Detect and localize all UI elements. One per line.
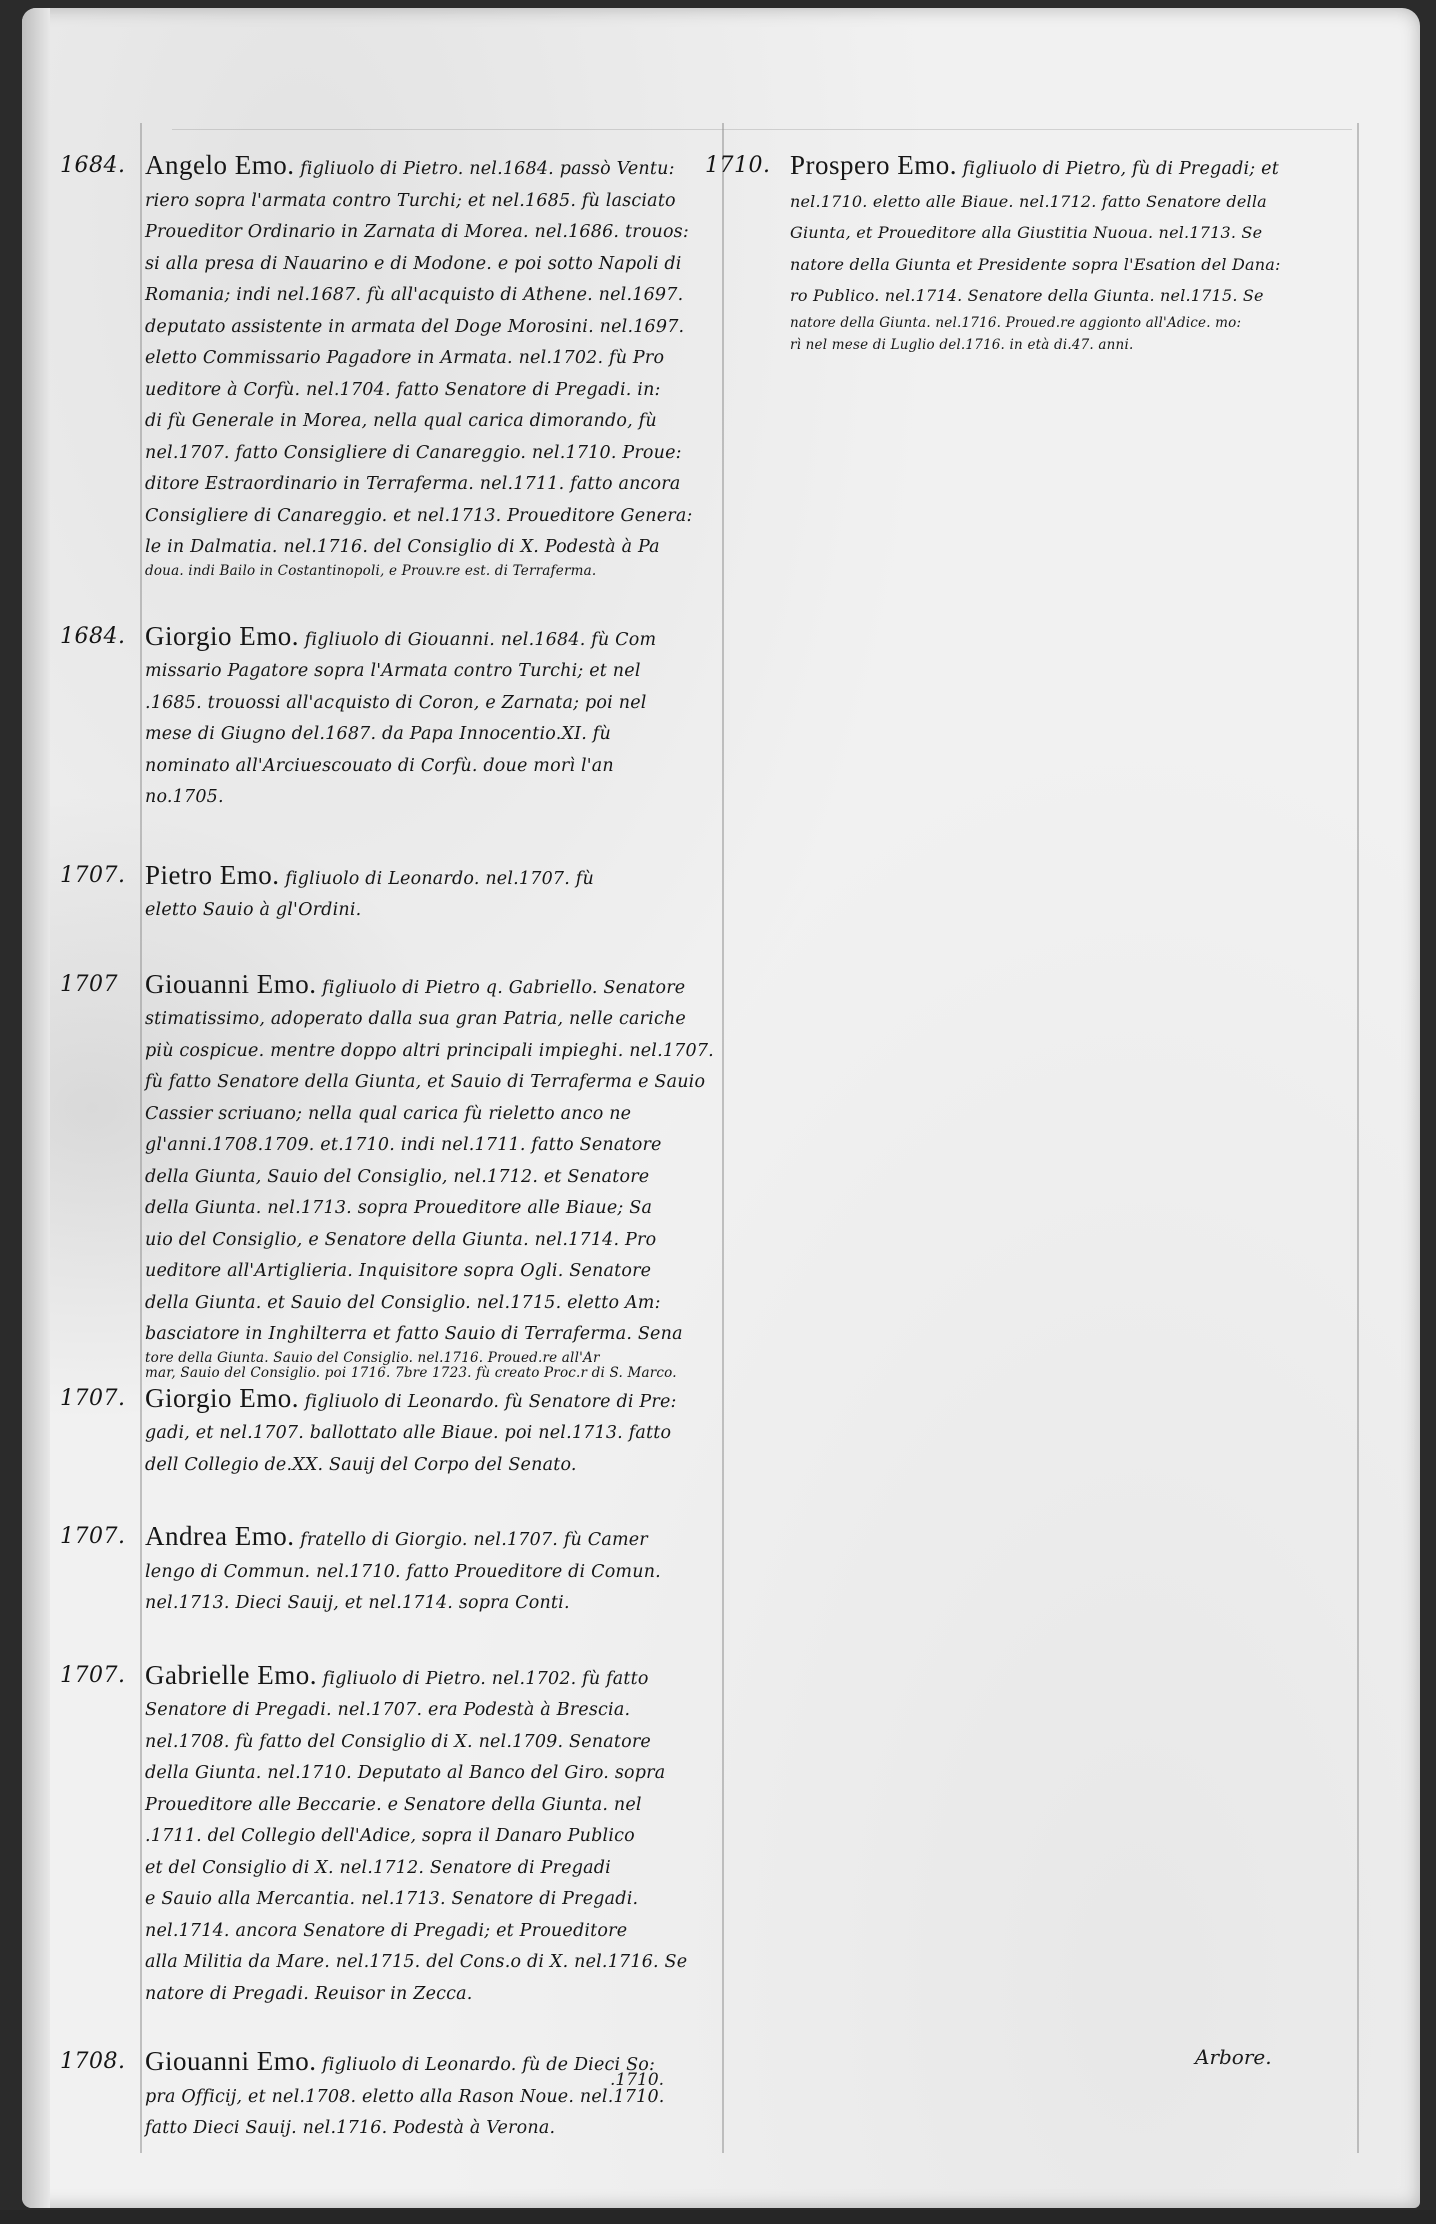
entry-line: fatto Dieci Sauij. nel.1716. Podestà à V…: [145, 2113, 710, 2145]
entry-line: nel.1710. eletto alle Biaue. nel.1712. f…: [790, 186, 1330, 218]
entry-line: Consigliere di Canareggio. et nel.1713. …: [145, 501, 710, 533]
entry-line-annotation: natore della Giunta. nel.1716. Proued.re…: [790, 312, 1330, 334]
entry-text: figliuolo di Leonardo. fù de Dieci So:: [322, 2055, 655, 2075]
entry-line-annotation: tore della Giunta. Sauio del Consiglio. …: [145, 1351, 710, 1366]
entry-giorgio-emo-1684: 1684. Giorgio Emo. figliuolo di Giouanni…: [60, 621, 710, 814]
footer-year-marker: .1710.: [610, 2070, 664, 2090]
column-divider-rule: [722, 123, 724, 2153]
entry-gabrielle-emo-1707: 1707. Gabrielle Emo. figliuolo di Pietro…: [60, 1660, 710, 2011]
entry-year: 1707.: [60, 1521, 142, 1552]
entry-line: basciatore in Inghilterra et fatto Sauio…: [145, 1319, 710, 1351]
entry-line: ueditore all'Artiglieria. Inquisitore so…: [145, 1256, 710, 1288]
entry-line: e Sauio alla Mercantia. nel.1713. Senato…: [145, 1884, 710, 1916]
scan-background: 1684. Angelo Emo. figliuolo di Pietro. n…: [0, 0, 1436, 2224]
catchword: Arbore.: [1195, 2045, 1272, 2069]
entry-line: nominato all'Arciuescouato di Corfù. dou…: [145, 751, 710, 783]
entry-line: missario Pagatore sopra l'Armata contro …: [145, 656, 710, 688]
entry-name: Pietro Emo.: [145, 860, 280, 890]
entry-line: et del Consiglio di X. nel.1712. Senator…: [145, 1853, 710, 1885]
entry-text: figliuolo di Giouanni. nel.1684. fù Com: [305, 630, 657, 650]
entry-angelo-emo-1684: 1684. Angelo Emo. figliuolo di Pietro. n…: [60, 150, 710, 579]
entry-first-line: Prospero Emo. figliuolo di Pietro, fù di…: [790, 150, 1330, 186]
entry-first-line: Andrea Emo. fratello di Giorgio. nel.170…: [145, 1521, 710, 1557]
entry-first-line: Giorgio Emo. figliuolo di Giouanni. nel.…: [145, 621, 710, 657]
entry-line: lengo di Commun. nel.1710. fatto Prouedi…: [145, 1557, 710, 1589]
entry-line: alla Militia da Mare. nel.1715. del Cons…: [145, 1947, 710, 1979]
entry-year: 1707.: [60, 1383, 142, 1414]
entry-andrea-emo-1707: 1707. Andrea Emo. fratello di Giorgio. n…: [60, 1521, 710, 1620]
entry-line: Cassier scriuano; nella qual carica fù r…: [145, 1099, 710, 1131]
entry-line: gl'anni.1708.1709. et.1710. indi nel.171…: [145, 1130, 710, 1162]
entry-line-annotation: rì nel mese di Luglio del.1716. in età d…: [790, 334, 1330, 356]
entry-name: Giouanni Emo.: [145, 2046, 316, 2076]
entry-giouanni-emo-1708: 1708. Giouanni Emo. figliuolo di Leonard…: [60, 2046, 710, 2145]
entry-line: della Giunta. et Sauio del Consiglio. ne…: [145, 1288, 710, 1320]
entry-giorgio-emo-1707: 1707. Giorgio Emo. figliuolo di Leonardo…: [60, 1383, 710, 1482]
entry-line-annotation: mar, Sauio del Consiglio. poi 1716. 7bre…: [145, 1366, 710, 1381]
entry-pietro-emo-1707: 1707. Pietro Emo. figliuolo di Leonardo.…: [60, 860, 710, 927]
entry-line: eletto Commissario Pagadore in Armata. n…: [145, 343, 710, 375]
entry-text: figliuolo di Pietro q. Gabriello. Senato…: [322, 978, 685, 998]
entry-year: 1707.: [60, 1660, 142, 1691]
entry-name: Angelo Emo.: [145, 150, 294, 180]
entry-giouanni-emo-1707: 1707 Giouanni Emo. figliuolo di Pietro q…: [60, 969, 710, 1381]
entry-year: 1684.: [60, 621, 142, 652]
entry-name: Giorgio Emo.: [145, 621, 299, 651]
entry-line: della Giunta. nel.1710. Deputato al Banc…: [145, 1758, 710, 1790]
entry-year: 1708.: [60, 2046, 142, 2077]
entry-line: gadi, et nel.1707. ballottato alle Biaue…: [145, 1418, 710, 1450]
entry-year: 1707: [60, 969, 142, 1000]
entry-line: ro Publico. nel.1714. Senatore della Giu…: [790, 280, 1330, 312]
entry-year: 1684.: [60, 150, 142, 181]
entry-prospero-emo-1710: 1710. Prospero Emo. figliuolo di Pietro,…: [705, 150, 1330, 356]
entry-line: ueditore à Corfù. nel.1704. fatto Senato…: [145, 375, 710, 407]
entry-year: 1707.: [60, 860, 142, 891]
left-column: 1684. Angelo Emo. figliuolo di Pietro. n…: [60, 150, 710, 2145]
entry-line: no.1705.: [145, 782, 710, 814]
entry-first-line: Pietro Emo. figliuolo di Leonardo. nel.1…: [145, 860, 710, 896]
entry-text: figliuolo di Pietro. nel.1684. passò Ven…: [300, 159, 674, 179]
entry-line: nel.1713. Dieci Sauij, et nel.1714. sopr…: [145, 1588, 710, 1620]
page-binding-edge: [22, 8, 50, 2208]
entry-line: nel.1714. ancora Senatore di Pregadi; et…: [145, 1916, 710, 1948]
entry-text: figliuolo di Leonardo. fù Senatore di Pr…: [305, 1392, 677, 1412]
scan-bottom-border: [0, 2210, 1436, 2224]
entry-name: Giouanni Emo.: [145, 969, 316, 999]
entry-line: Senatore di Pregadi. nel.1707. era Podes…: [145, 1695, 710, 1727]
entry-line-annotation: doua. indi Bailo in Costantinopoli, e Pr…: [145, 564, 710, 579]
entry-name: Gabrielle Emo.: [145, 1660, 317, 1690]
entry-line: .1685. trouossi all'acquisto di Coron, e…: [145, 688, 710, 720]
top-ruling-line: [172, 129, 1352, 130]
entry-line: deputato assistente in armata del Doge M…: [145, 312, 710, 344]
entry-text: figliuolo di Pietro. nel.1702. fù fatto: [323, 1669, 649, 1689]
entry-first-line: Angelo Emo. figliuolo di Pietro. nel.168…: [145, 150, 710, 186]
right-margin-rule: [1357, 123, 1359, 2153]
entry-line: natore della Giunta et Presidente sopra …: [790, 249, 1330, 281]
entry-text: figliuolo di Leonardo. nel.1707. fù: [285, 869, 594, 889]
entry-line: dell Collegio de.XX. Sauij del Corpo del…: [145, 1450, 710, 1482]
entry-line: della Giunta. nel.1713. sopra Proueditor…: [145, 1193, 710, 1225]
entry-line: eletto Sauio à gl'Ordini.: [145, 895, 710, 927]
entry-line: nel.1707. fatto Consigliere di Canareggi…: [145, 438, 710, 470]
entry-text: figliuolo di Pietro, fù di Pregadi; et: [963, 159, 1279, 179]
entry-line: Romania; indi nel.1687. fù all'acquisto …: [145, 280, 710, 312]
entry-line: nel.1708. fù fatto del Consiglio di X. n…: [145, 1727, 710, 1759]
entry-line: Proueditore alle Beccarie. e Senatore de…: [145, 1790, 710, 1822]
entry-first-line: Gabrielle Emo. figliuolo di Pietro. nel.…: [145, 1660, 710, 1696]
entry-line: della Giunta, Sauio del Consiglio, nel.1…: [145, 1162, 710, 1194]
entry-line: di fù Generale in Morea, nella qual cari…: [145, 406, 710, 438]
entry-first-line: Giouanni Emo. figliuolo di Pietro q. Gab…: [145, 969, 710, 1005]
entry-line: Proueditor Ordinario in Zarnata di Morea…: [145, 217, 710, 249]
entry-line: fù fatto Senatore della Giunta, et Sauio…: [145, 1067, 710, 1099]
entry-line: riero sopra l'armata contro Turchi; et n…: [145, 186, 710, 218]
entry-line: uio del Consiglio, e Senatore della Giun…: [145, 1225, 710, 1257]
entry-first-line: Giorgio Emo. figliuolo di Leonardo. fù S…: [145, 1383, 710, 1419]
entry-line: più cospicue. mentre doppo altri princip…: [145, 1036, 710, 1068]
entry-line: mese di Giugno del.1687. da Papa Innocen…: [145, 719, 710, 751]
entry-year: 1710.: [705, 150, 787, 181]
entry-line: natore di Pregadi. Reuisor in Zecca.: [145, 1979, 710, 2011]
right-column: 1710. Prospero Emo. figliuolo di Pietro,…: [705, 150, 1330, 356]
entry-line: ditore Estraordinario in Terraferma. nel…: [145, 469, 710, 501]
entry-name: Andrea Emo.: [145, 1521, 294, 1551]
entry-line-with-strike: le in Dalmatia. nel.1716. del Consiglio …: [145, 532, 710, 564]
entry-line: Giunta, et Proueditore alla Giustitia Nu…: [790, 217, 1330, 249]
entry-text: fratello di Giorgio. nel.1707. fù Camer: [300, 1530, 648, 1550]
entry-line: .1711. del Collegio dell'Adice, sopra il…: [145, 1821, 710, 1853]
entry-name: Giorgio Emo.: [145, 1383, 299, 1413]
entry-line: stimatissimo, adoperato dalla sua gran P…: [145, 1004, 710, 1036]
entry-line: si alla presa di Nauarino e di Modone. e…: [145, 249, 710, 281]
entry-name: Prospero Emo.: [790, 150, 957, 180]
